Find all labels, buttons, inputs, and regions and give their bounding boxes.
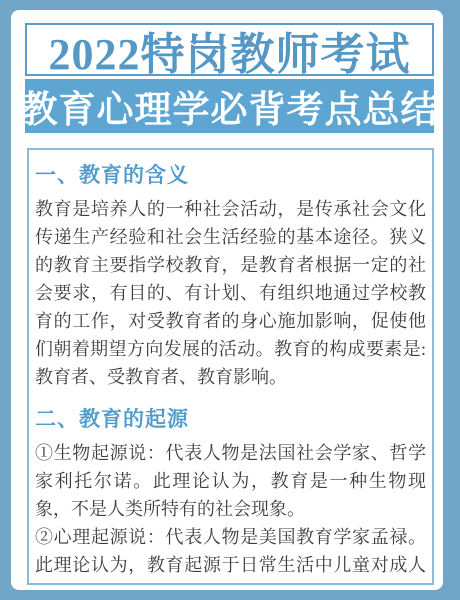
- notes-section: 一、教育的含义教育是培养人的一种社会活动，是传承社会文化 传递生产经验和社会生活…: [35, 161, 426, 391]
- section-paragraph: ②心理起源说：代表人物是美国教育学家孟禄。此理论认为，教育起源于日常生活中儿童对…: [35, 523, 426, 585]
- poster-title-subject: 教育心理学必背考点总结: [25, 79, 434, 133]
- section-paragraph: 教育是培养人的一种社会活动，是传承社会文化 传递生产经验和社会生活经验的基本途径…: [35, 195, 426, 391]
- section-heading: 二、教育的起源: [35, 405, 426, 433]
- notes-content-box: 一、教育的含义教育是培养人的一种社会活动，是传承社会文化 传递生产经验和社会生活…: [27, 148, 434, 585]
- poster-title-exam: 2022特岗教师考试: [25, 23, 434, 76]
- poster-title-subject-text: 教育心理学必背考点总结: [21, 79, 439, 133]
- poster-title-exam-text: 2022特岗教师考试: [49, 18, 411, 82]
- notes-section: 二、教育的起源①生物起源说：代表人物是法国社会学家、哲学家利托尔诺。此理论认为，…: [35, 405, 426, 585]
- section-paragraph: ①生物起源说：代表人物是法国社会学家、哲学家利托尔诺。此理论认为，教育是一种生物…: [35, 439, 426, 523]
- section-heading: 一、教育的含义: [35, 161, 426, 189]
- poster-card: 2022特岗教师考试 教育心理学必背考点总结 一、教育的含义教育是培养人的一种社…: [11, 10, 443, 590]
